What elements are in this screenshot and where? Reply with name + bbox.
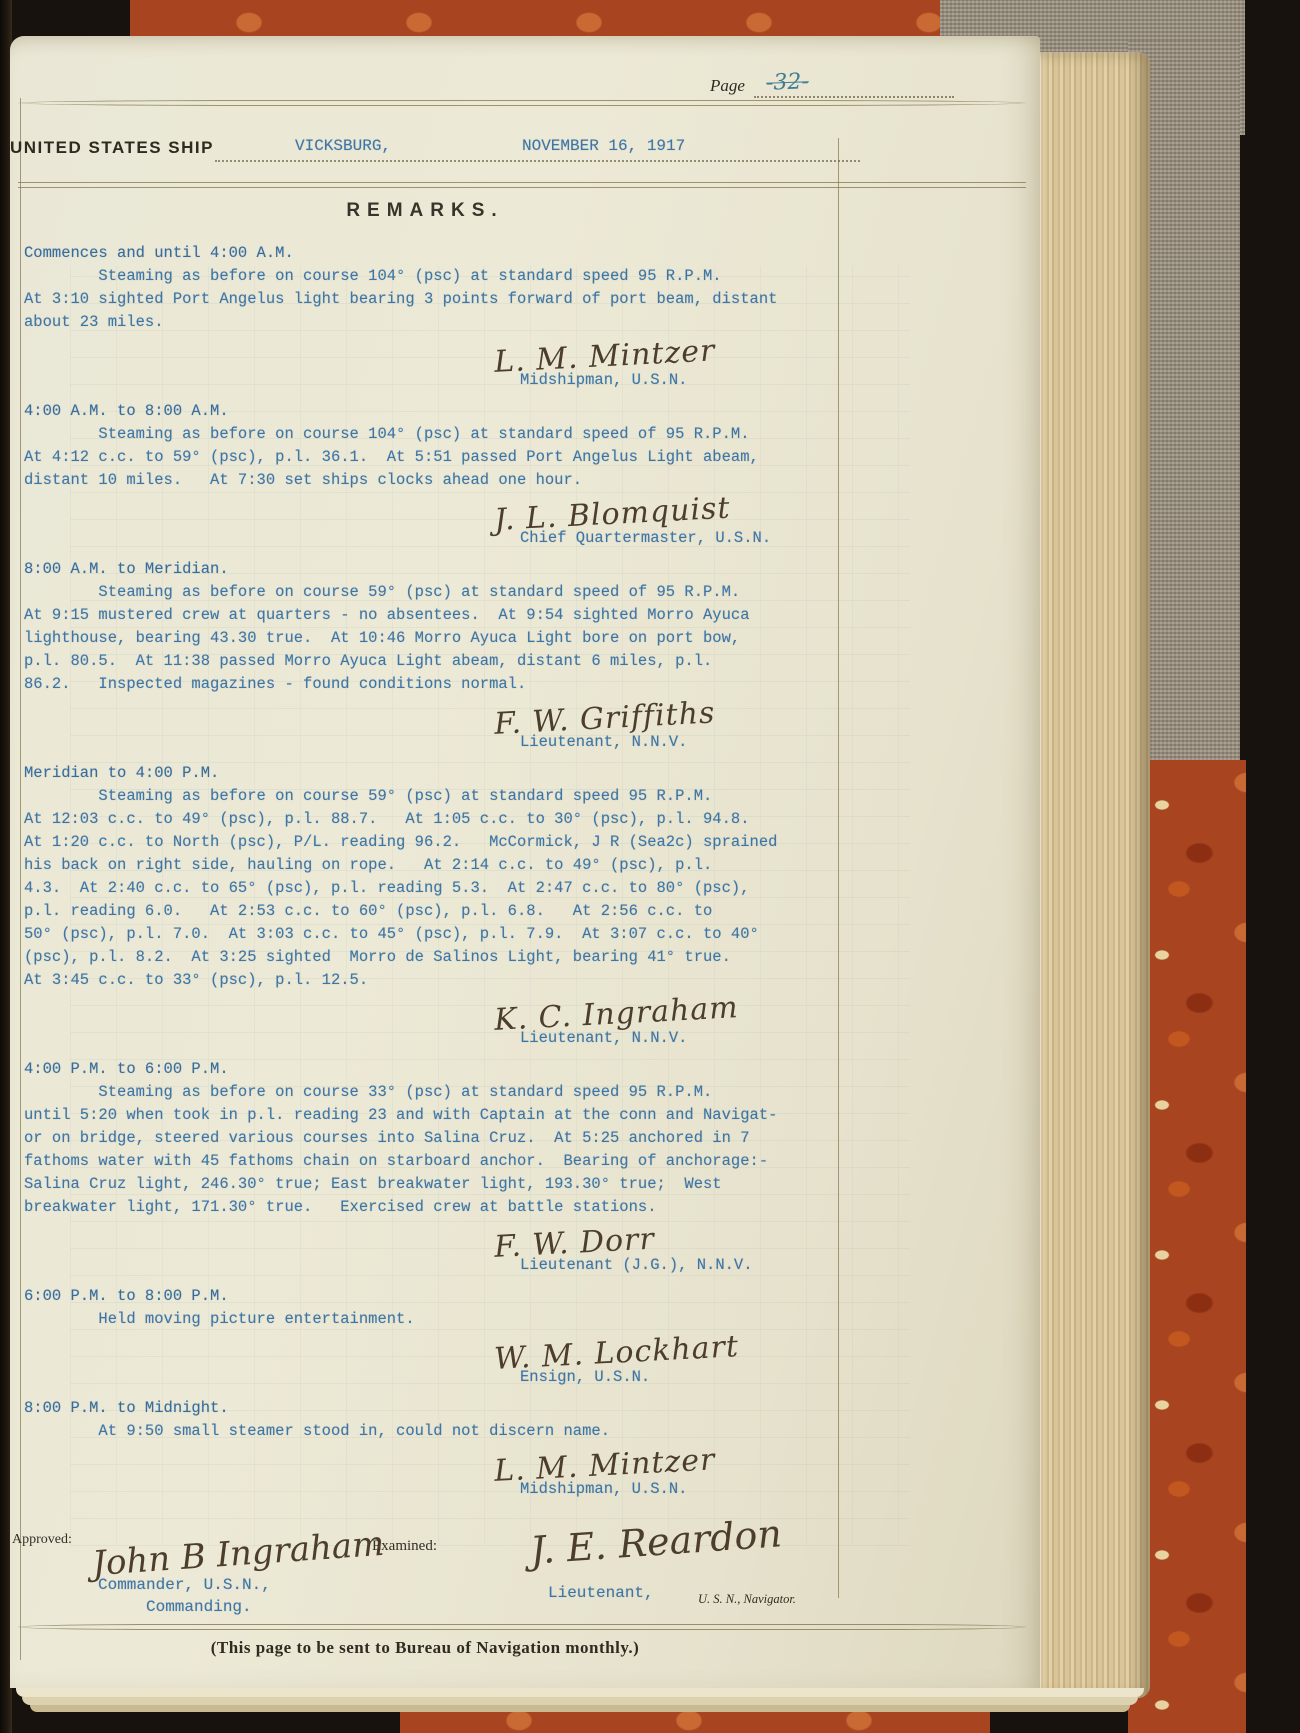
log-line: fathoms water with 45 fathoms chain on s… [24,1150,836,1173]
watch-heading: 8:00 P.M. to Midnight. [24,1397,836,1420]
log-entry-8pm-to-midnight: 8:00 P.M. to Midnight. At 9:50 small ste… [24,1397,836,1499]
log-line: Steaming as before on course 104° (psc) … [24,423,836,446]
log-line: At 3:45 c.c. to 33° (psc), p.l. 12.5. [24,969,836,992]
footer-rule [18,1624,1026,1630]
log-line: At 3:10 sighted Port Angelus light beari… [24,288,836,311]
page-number-dotted-line [754,96,954,98]
underlying-page [16,1688,1144,1697]
signature-block: W. M. Lockhart Ensign, U.S.N. [494,1335,836,1387]
log-entry-meridian-to-4pm: Meridian to 4:00 P.M. Steaming as before… [24,762,836,1048]
log-line: p.l. reading 6.0. At 2:53 c.c. to 60° (p… [24,900,836,923]
page-number: -32- [766,69,810,95]
page-label: Page [710,76,745,96]
log-line: At 12:03 c.c. to 49° (psc), p.l. 88.7. A… [24,808,836,831]
ship-header: UNITED STATES SHIP VICKSBURG, NOVEMBER 1… [10,132,870,166]
watch-heading: Commences and until 4:00 A.M. [24,242,836,265]
log-line: Steaming as before on course 59° (psc) a… [24,581,836,604]
log-line: p.l. 80.5. At 11:38 passed Morro Ayuca L… [24,650,836,673]
log-line: 50° (psc), p.l. 7.0. At 3:03 c.c. to 45°… [24,923,836,946]
log-line: At 4:12 c.c. to 59° (psc), p.l. 36.1. At… [24,446,836,469]
watch-heading: 4:00 A.M. to 8:00 A.M. [24,400,836,423]
underlying-page [22,1697,1138,1705]
header-rule-bottom [18,182,1026,188]
page-number-area: Page -32- [710,72,1010,102]
signature-block: F. W. Griffiths Lieutenant, N.N.V. [494,700,836,752]
log-page: Page -32- UNITED STATES SHIP VICKSBURG, … [10,36,1040,1688]
log-line: Steaming as before on course 59° (psc) a… [24,785,836,808]
right-margin-rule [838,138,839,1598]
log-line: about 23 miles. [24,311,836,334]
signature-block: F. W. Dorr Lieutenant (J.G.), N.N.V. [494,1223,836,1275]
log-entries: Commences and until 4:00 A.M. Steaming a… [24,242,836,1509]
log-date: NOVEMBER 16, 1917 [522,137,685,155]
log-entry-4am-to-8am: 4:00 A.M. to 8:00 A.M. Steaming as befor… [24,400,836,548]
ship-label: UNITED STATES SHIP [10,138,214,158]
signature-block: L. M. Mintzer Midshipman, U.S.N. [494,1447,836,1499]
watch-heading: 4:00 P.M. to 6:00 P.M. [24,1058,836,1081]
log-line: (psc), p.l. 8.2. At 3:25 sighted Morro d… [24,946,836,969]
log-entry-8am-to-meridian: 8:00 A.M. to Meridian. Steaming as befor… [24,558,836,752]
log-line: distant 10 miles. At 7:30 set ships cloc… [24,469,836,492]
page-edge-stack [1038,52,1150,1698]
log-line: his back on right side, hauling on rope.… [24,854,836,877]
log-line: At 1:20 c.c. to North (psc), P/L. readin… [24,831,836,854]
approval-footer: Approved: John B Ingraham Commander, U.S… [10,1528,1040,1624]
log-line: Held moving picture entertainment. [24,1308,836,1331]
log-line: At 9:15 mustered crew at quarters - no a… [24,604,836,627]
examined-label: Examined: [372,1538,437,1555]
commander-title: Commander, U.S.N., [98,1576,271,1594]
signature-block: J. L. Blomquist Chief Quartermaster, U.S… [494,496,836,548]
approved-label: Approved: [12,1532,72,1548]
ship-name: VICKSBURG, [295,137,391,155]
ship-dotted-line [215,160,860,162]
log-line: lighthouse, bearing 43.30 true. At 10:46… [24,627,836,650]
log-entry-midnight-to-4am: Commences and until 4:00 A.M. Steaming a… [24,242,836,390]
watch-heading: Meridian to 4:00 P.M. [24,762,836,785]
signature-block: K. C. Ingraham Lieutenant, N.N.V. [494,996,836,1048]
underlying-page [30,1705,1130,1712]
log-line: At 9:50 small steamer stood in, could no… [24,1420,836,1443]
log-line: 4.3. At 2:40 c.c. to 65° (psc), p.l. rea… [24,877,836,900]
signature-block: L. M. Mintzer Midshipman, U.S.N. [494,338,836,390]
navigator-signature: J. E. Reardon [529,1511,783,1572]
log-line: until 5:20 when took in p.l. reading 23 … [24,1104,836,1127]
log-line: Steaming as before on course 104° (psc) … [24,265,836,288]
logbook-scan: Page -32- UNITED STATES SHIP VICKSBURG, … [0,0,1300,1733]
watch-heading: 6:00 P.M. to 8:00 P.M. [24,1285,836,1308]
commander-title-2: Commanding. [146,1598,252,1616]
log-line: Steaming as before on course 33° (psc) a… [24,1081,836,1104]
log-entry-4pm-to-6pm: 4:00 P.M. to 6:00 P.M. Steaming as befor… [24,1058,836,1275]
watch-heading: 8:00 A.M. to Meridian. [24,558,836,581]
log-line: 86.2. Inspected magazines - found condit… [24,673,836,696]
navigator-title: Lieutenant, [548,1584,654,1602]
left-margin-rule [20,98,21,1660]
log-line: or on bridge, steered various courses in… [24,1127,836,1150]
navigator-subtitle: U. S. N., Navigator. [698,1592,796,1607]
log-line: Salina Cruz light, 246.30° true; East br… [24,1173,836,1196]
log-entry-6pm-to-8pm: 6:00 P.M. to 8:00 P.M. Held moving pictu… [24,1285,836,1387]
remarks-title: REMARKS. [10,200,840,222]
bureau-note: (This page to be sent to Bureau of Navig… [10,1638,840,1658]
log-line: breakwater light, 171.30° true. Exercise… [24,1196,836,1219]
